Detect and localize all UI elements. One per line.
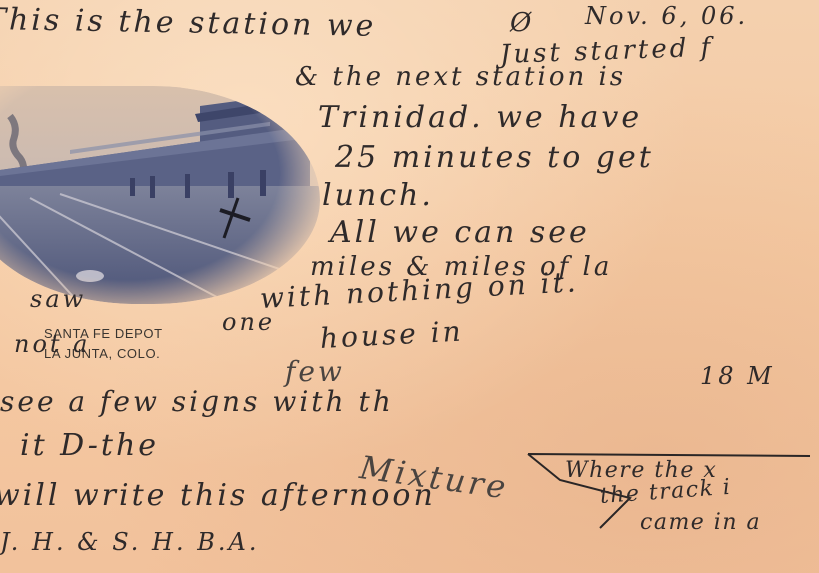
handwriting-line-5: 25 minutes to get xyxy=(335,140,654,175)
circled-mark: Ø xyxy=(510,8,534,38)
handwriting-line-13: house in xyxy=(319,314,464,354)
handwriting-line-19: will write this afternoon xyxy=(0,478,436,513)
handwriting-line-10: with nothing on it. xyxy=(259,265,579,315)
handwriting-line-6: lunch. xyxy=(322,178,434,213)
signature: J. H. & S. H. B.A. xyxy=(0,528,259,556)
annotation-line-3: came in a xyxy=(640,510,761,535)
handwriting-line-15: 18 M xyxy=(700,362,775,390)
handwriting-line-1: This is the station we xyxy=(0,2,377,44)
handwriting-line-9: saw xyxy=(30,285,86,313)
handwriting-line-4: Trinidad. we have xyxy=(318,100,642,135)
depot-photo xyxy=(0,86,320,304)
handwriting-line-14: few xyxy=(285,355,345,388)
handwriting-line-17: it D-the xyxy=(20,428,159,463)
handwriting-line-3: & the next station is xyxy=(295,62,626,92)
handwriting-line-12: not a xyxy=(14,330,91,358)
postcard: SANTA FE DEPOT LA JUNTA, COLO. This is t… xyxy=(0,0,819,573)
x-mark-icon xyxy=(218,196,252,240)
train-station-image xyxy=(0,86,320,304)
handwriting-line-11: one xyxy=(222,308,275,336)
handwriting-line-7: All we can see xyxy=(330,215,590,250)
date: Nov. 6, 06. xyxy=(585,2,748,30)
handwriting-line-16: see a few signs with th xyxy=(0,385,394,418)
